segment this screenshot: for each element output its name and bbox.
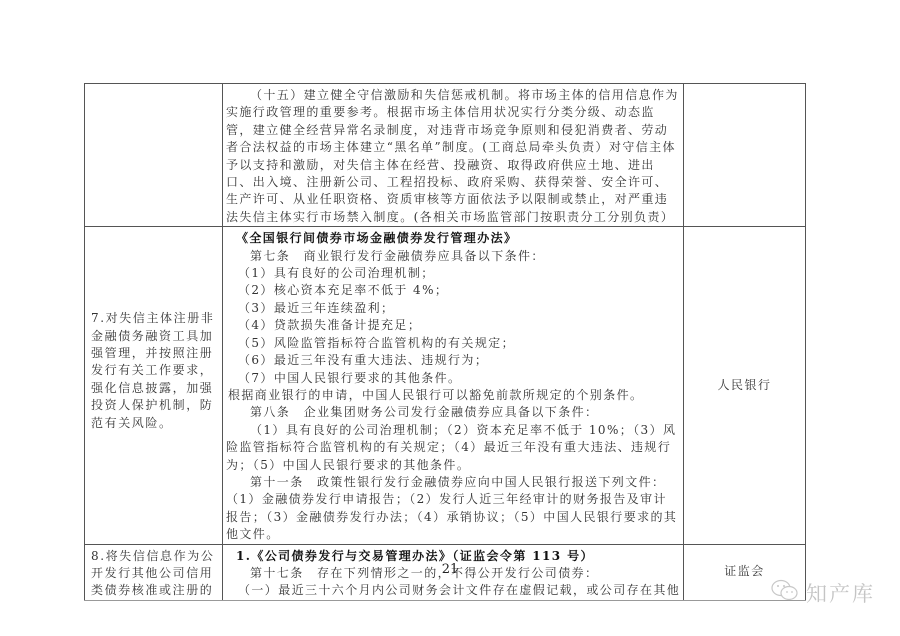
table-row: （十五）建立健全守信激励和失信惩戒机制。将市场主体的信用信息作为实施行政管理的重… (85, 84, 806, 227)
content-cell: 《全国银行间债券市场金融债券发行管理办法》 第七条 商业银行发行金融债券应具备以… (223, 227, 684, 544)
article-7-item: （6）最近三年没有重大违法、违规行为； (226, 352, 679, 369)
content-cell: （十五）建立健全守信激励和失信惩戒机制。将市场主体的信用信息作为实施行政管理的重… (223, 84, 684, 227)
watermark: 知产库 (770, 578, 875, 608)
item-cell (85, 84, 223, 227)
dept-cell (684, 84, 806, 227)
item-text: 7.对失信主体注册非金融债务融资工具加强管理，并按照注册发行有关工作要求，强化信… (91, 310, 217, 432)
regulation-title: 《全国银行间债券市场金融债券发行管理办法》 (226, 230, 679, 247)
item-cell: 7.对失信主体注册非金融债务融资工具加强管理，并按照注册发行有关工作要求，强化信… (85, 227, 223, 544)
article-7-tail: 根据商业银行的申请，中国人民银行可以豁免前款所规定的个别条件。 (226, 387, 679, 404)
article-7-item: （3）最近三年连续盈利； (226, 300, 679, 317)
article-8-body: （1）具有良好的公司治理机制；（2）资本充足率不低于 10%；（3）风险监管指标… (226, 422, 679, 474)
article-7-heading: 第七条 商业银行发行金融债券应具备以下条件： (226, 248, 679, 265)
watermark-text: 知产库 (806, 578, 875, 608)
article-7-item: （2）核心资本充足率不低于 4%； (226, 282, 679, 299)
article-7-item: （1）具有良好的公司治理机制； (226, 265, 679, 282)
document-page: （十五）建立健全守信激励和失信惩戒机制。将市场主体的信用信息作为实施行政管理的重… (0, 0, 900, 636)
article-7-item: （5）风险监管指标符合监管机构的有关规定； (226, 335, 679, 352)
article-17-item: （一）最近三十六个月内公司财务会计文件存在虚假记载，或公司存在其他 (226, 582, 679, 597)
wechat-icon (770, 578, 800, 608)
article-7-item: （4）贷款损失准备计提充足； (226, 317, 679, 334)
dept-cell: 人民银行 (684, 227, 806, 544)
page-number: 21 (0, 562, 900, 577)
table-row: 7.对失信主体注册非金融债务融资工具加强管理，并按照注册发行有关工作要求，强化信… (85, 227, 806, 544)
article-11: 第十一条 政策性银行发行金融债券应向中国人民银行报送下列文件：（1）金融债券发行… (226, 474, 679, 544)
article-8-heading: 第八条 企业集团财务公司发行金融债券应具备以下条件： (226, 404, 679, 421)
article-7-item: （7）中国人民银行要求的其他条件。 (226, 370, 679, 387)
policy-table: （十五）建立健全守信激励和失信惩戒机制。将市场主体的信用信息作为实施行政管理的重… (84, 83, 806, 601)
paragraph-15: （十五）建立健全守信激励和失信惩戒机制。将市场主体的信用信息作为实施行政管理的重… (226, 87, 679, 226)
